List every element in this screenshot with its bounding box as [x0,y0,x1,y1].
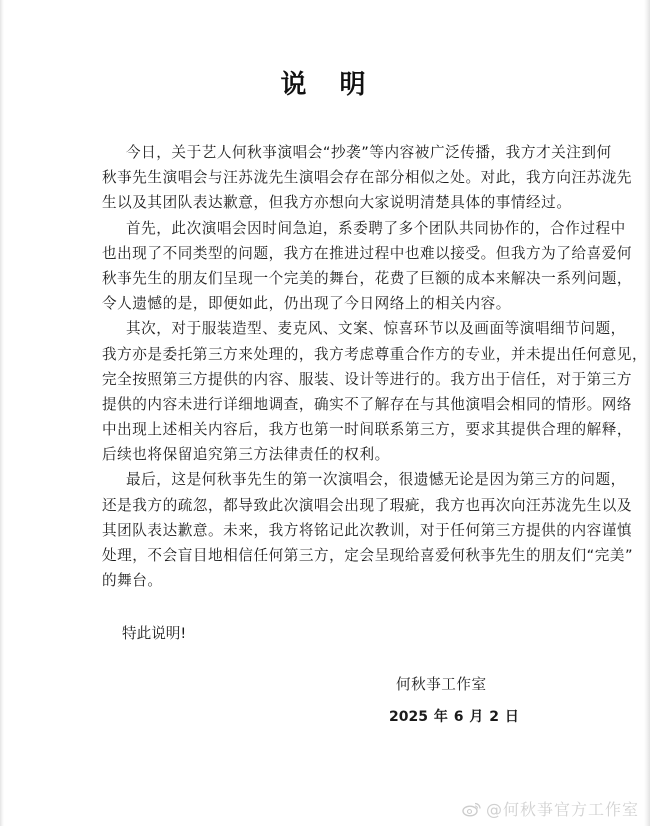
text-line: 最后，这是何秋亊先生的第一次演唱会，很遗憾无论是因为第三方的问题， [102,467,554,492]
signature: 何秋亊工作室 [396,673,487,697]
statement-page: 说 明 今日，关于艺人何秋亊演唱会“抄袭”等内容被广泛传播，我方才关注到何 秋亊… [0,0,650,826]
text-line: 也出现了不同类型的问题，我方在推进过程中也难以接受。但我方为了给喜爱何 [102,241,554,266]
text-line: 处理，不会盲目地相信任何第三方，定会呈现给喜爱何秋亊先生的朋友们“完美” [102,543,554,568]
text-line: 其团队表达歉意。未来，我方将铭记此次教训，对于任何第三方提供的内容谨慎 [102,518,554,543]
text-line: 提供的内容未进行详细地调查，确实不了解存在与其他演唱会相同的情形。网络 [102,392,554,417]
text-line: 其次，对于服装造型、麦克风、文案、惊喜环节以及画面等演唱细节问题， [102,316,554,341]
watermark-text: @何秋亊官方工作室 [486,797,639,820]
text-line: 首先，此次演唱会因时间急迫，系委聘了多个团队共同协作的，合作过程中 [102,216,554,241]
paragraph-last: 最后，这是何秋亊先生的第一次演唱会，很遗憾无论是因为第三方的问题， 还是我方的疏… [102,467,554,593]
text-line: 后续也将保留追究第三方法律责任的权利。 [102,442,554,467]
text-line: 今日，关于艺人何秋亊演唱会“抄袭”等内容被广泛传播，我方才关注到何 [102,140,554,165]
document-title: 说 明 [0,68,650,102]
paragraph-second: 其次，对于服装造型、麦克风、文案、惊喜环节以及画面等演唱细节问题， 我方亦是委托… [102,316,554,467]
text-line: 的舞台。 [102,568,554,593]
paragraph-intro: 今日，关于艺人何秋亊演唱会“抄袭”等内容被广泛传播，我方才关注到何 秋亊先生演唱… [102,140,554,216]
paragraph-first: 首先，此次演唱会因时间急迫，系委聘了多个团队共同协作的，合作过程中 也出现了不同… [102,216,554,317]
weibo-icon [462,801,482,817]
signature-date: 2025 年 6 月 2 日 [389,705,519,729]
text-line: 秋亊先生的朋友们呈现一个完美的舞台，花费了巨额的成本来解决一系列问题， [102,266,554,291]
text-line: 还是我方的疏忽，都导致此次演唱会出现了瑕疵，我方也再次向汪苏泷先生以及 [102,493,554,518]
document-body: 今日，关于艺人何秋亊演唱会“抄袭”等内容被广泛传播，我方才关注到何 秋亊先生演唱… [102,140,554,593]
weibo-watermark: @何秋亊官方工作室 [462,797,639,820]
text-line: 我方亦是委托第三方来处理的，我方考虑尊重合作方的专业，并未提出任何意见， [102,342,554,367]
text-line: 中出现上述相关内容后，我方也第一时间联系第三方，要求其提供合理的解释， [102,417,554,442]
closing-remark: 特此说明! [122,622,186,646]
page-edge-right [644,0,650,826]
text-line: 完全按照第三方提供的内容、服装、设计等进行的。我方出于信任，对于第三方 [102,367,554,392]
text-line: 令人遗憾的是，即便如此，仍出现了今日网络上的相关内容。 [102,291,554,316]
text-line: 生以及其团队表达歉意，但我方亦想向大家说明清楚具体的事情经过。 [102,190,554,215]
text-line: 秋亊先生演唱会与汪苏泷先生演唱会存在部分相似之处。对此，我方向汪苏泷先 [102,165,554,190]
page-edge-left [0,0,4,826]
